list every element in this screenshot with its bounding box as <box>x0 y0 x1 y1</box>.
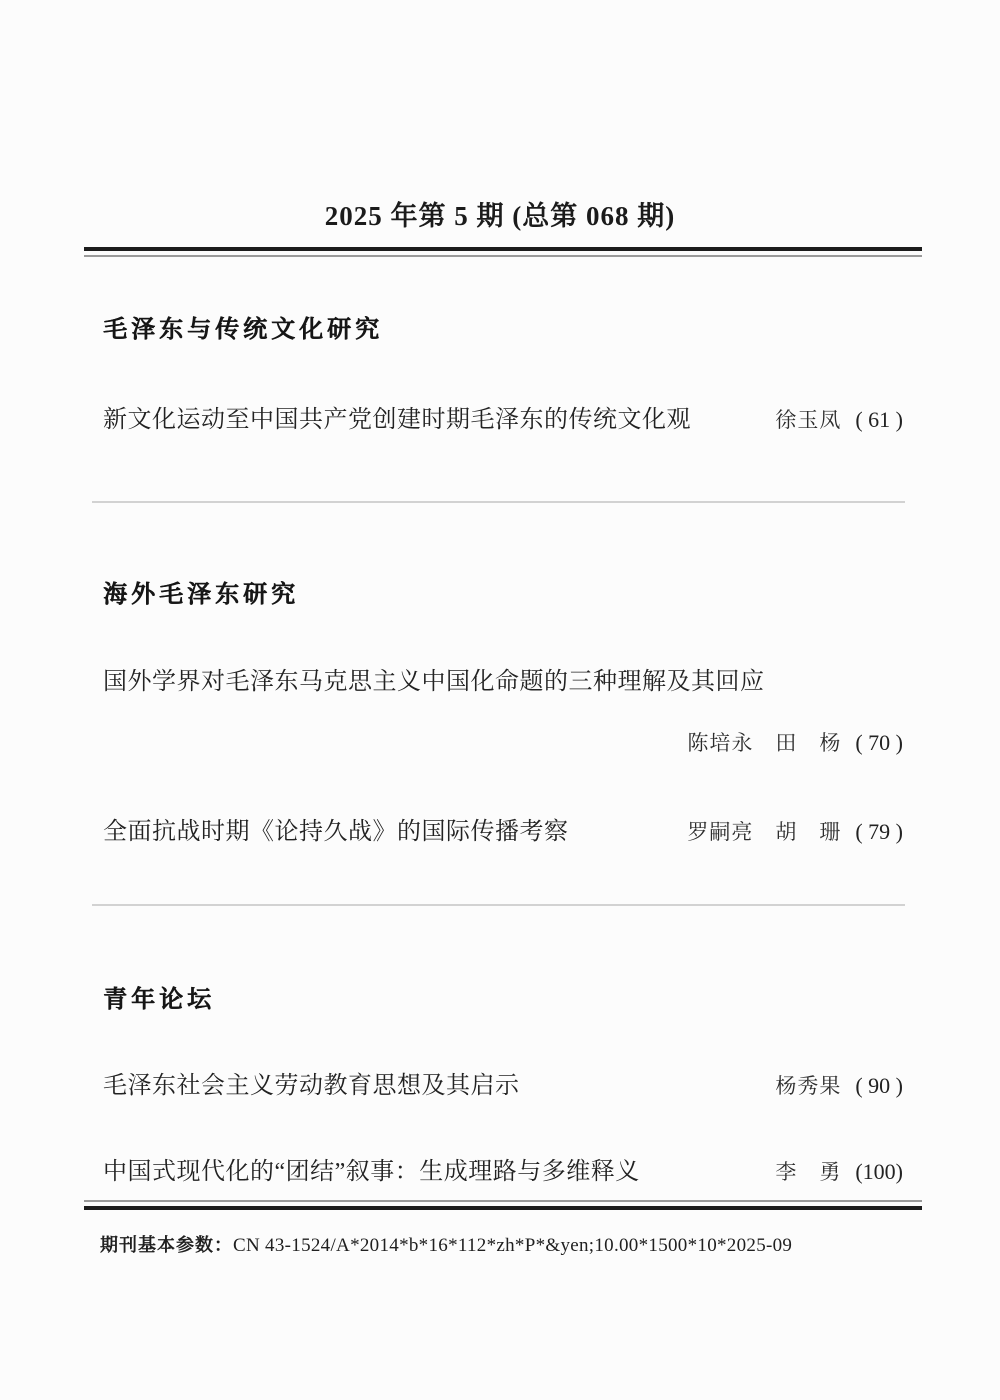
toc-entry: 毛泽东社会主义劳动教育思想及其启示 杨秀果 ( 90 ) <box>103 1065 903 1100</box>
article-byline: 李 勇 (100) <box>775 1156 903 1186</box>
article-title: 全面抗战时期《论持久战》的国际传播考察 <box>103 811 569 846</box>
journal-parameters-value: CN 43-1524/A*2014*b*16*112*zh*P*&yen;10.… <box>233 1235 792 1256</box>
article-page-number: (100) <box>855 1159 903 1185</box>
article-page-number: ( 70 ) <box>855 730 903 756</box>
toc-entry-byline-row: 陈培永 田 杨 ( 70 ) <box>103 727 903 757</box>
journal-parameters-line: 期刊基本参数：CN 43-1524/A*2014*b*16*112*zh*P*&… <box>100 1231 792 1257</box>
article-byline: 罗嗣亮 胡 珊 ( 79 ) <box>687 816 903 846</box>
article-title: 国外学界对毛泽东马克思主义中国化命题的三种理解及其回应 <box>103 661 765 696</box>
section-divider <box>92 904 905 906</box>
article-authors: 李 勇 <box>775 1156 841 1186</box>
article-authors: 陈培永 田 杨 <box>687 727 841 757</box>
double-rule-bottom <box>84 1200 922 1210</box>
section-heading-overseas-mao-studies: 海外毛泽东研究 <box>103 574 299 609</box>
toc-entry: 中国式现代化的“团结”叙事：生成理路与多维释义 李 勇 (100) <box>103 1151 903 1186</box>
article-page-number: ( 61 ) <box>855 407 903 433</box>
section-heading-youth-forum: 青年论坛 <box>103 979 215 1014</box>
journal-parameters-label: 期刊基本参数： <box>100 1235 233 1255</box>
article-title: 毛泽东社会主义劳动教育思想及其启示 <box>103 1065 520 1100</box>
toc-entry: 全面抗战时期《论持久战》的国际传播考察 罗嗣亮 胡 珊 ( 79 ) <box>103 811 903 846</box>
article-byline: 杨秀果 ( 90 ) <box>775 1070 903 1100</box>
article-title: 新文化运动至中国共产党创建时期毛泽东的传统文化观 <box>103 399 691 434</box>
article-byline: 陈培永 田 杨 ( 70 ) <box>687 727 903 757</box>
article-byline: 徐玉凤 ( 61 ) <box>775 404 903 434</box>
article-title: 中国式现代化的“团结”叙事：生成理路与多维释义 <box>103 1151 640 1186</box>
toc-entry: 国外学界对毛泽东马克思主义中国化命题的三种理解及其回应 <box>103 661 903 696</box>
article-authors: 杨秀果 <box>775 1070 841 1100</box>
double-rule-top <box>84 247 922 257</box>
article-page-number: ( 79 ) <box>855 819 903 845</box>
article-authors: 罗嗣亮 胡 珊 <box>687 816 841 846</box>
toc-entry: 新文化运动至中国共产党创建时期毛泽东的传统文化观 徐玉凤 ( 61 ) <box>103 399 903 434</box>
section-heading-mao-traditional-culture: 毛泽东与传统文化研究 <box>103 309 383 344</box>
journal-toc-page: 2025 年第 5 期 (总第 068 期) 毛泽东与传统文化研究 新文化运动至… <box>0 0 1000 1400</box>
article-authors: 徐玉凤 <box>775 404 841 434</box>
article-page-number: ( 90 ) <box>855 1073 903 1099</box>
section-divider <box>92 501 905 503</box>
issue-title: 2025 年第 5 期 (总第 068 期) <box>0 194 1000 233</box>
